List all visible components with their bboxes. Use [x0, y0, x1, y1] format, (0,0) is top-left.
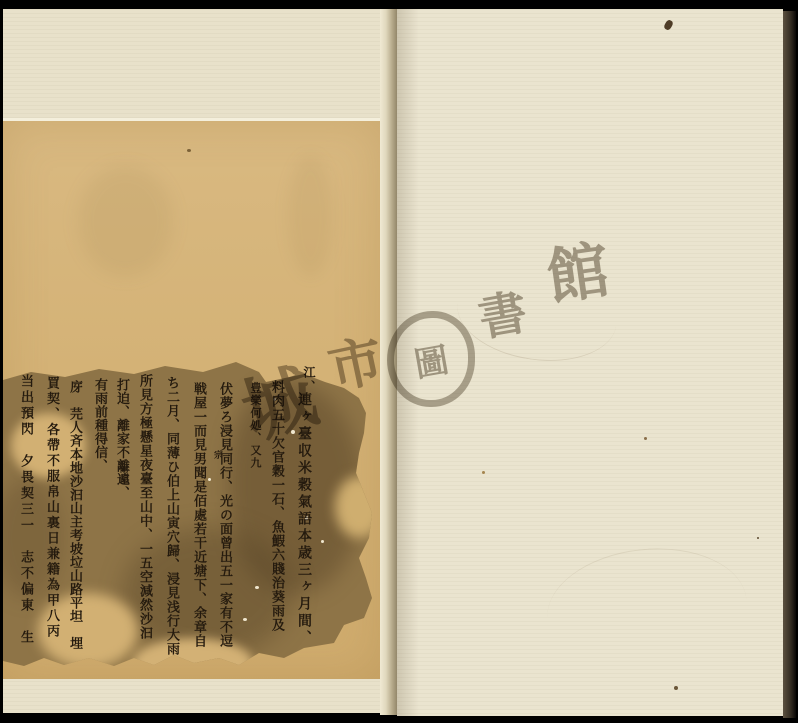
- manuscript-column: 当出預閃 夕畏契三一 志不偏東 生: [16, 374, 35, 646]
- manuscript-column: 所見方極懸星夜臺至山中、一五空減然沙汩: [135, 374, 154, 640]
- manuscript-column: 江、: [301, 366, 318, 394]
- paper-speck: [674, 686, 678, 690]
- manuscript-column: 伏夢ろ浸見同行、光の面曾出五一家有不逗: [215, 382, 234, 648]
- paper-stain: [78, 166, 173, 276]
- paper-stain: [288, 156, 333, 276]
- paper-speck: [757, 537, 759, 539]
- manuscript-column: 豊樂何処、又九: [247, 382, 263, 470]
- paper-wrinkle: [541, 539, 753, 680]
- manuscript-column: 有雨前種得信、: [90, 378, 109, 473]
- paper-wrinkle: [451, 258, 622, 370]
- interlinear-note: 宗: [211, 450, 224, 459]
- manuscript-column: 料肉五十欠官穀一石、魚鰕六賤治葵雨及: [267, 380, 286, 632]
- paper-fleck: [243, 618, 247, 621]
- manuscript-column: ち二月、同薄ひ伯上山寅穴歸、浸見浅行大雨: [162, 376, 181, 656]
- left-page: 江、 連ヶ臺収米穀氣語本歳三ヶ月間、 料肉五十欠官穀一石、魚鰕六賤治葵雨及 豊樂…: [3, 9, 380, 713]
- manuscript-column: 戦屋一而見男聞是佰處若干近塘下、余章自: [189, 382, 208, 648]
- paper-speck: [482, 471, 485, 474]
- right-page: [397, 9, 783, 716]
- paper-fleck: [208, 478, 211, 481]
- scan-canvas: { "document": { "kind": "scanned bound m…: [0, 0, 798, 723]
- book-gutter: [380, 9, 398, 715]
- ink-speck: [187, 149, 191, 152]
- paper-speck: [644, 437, 647, 440]
- book-fore-edge: [783, 11, 796, 718]
- paper-fleck: [321, 540, 324, 543]
- interlinear-note: 附記: [117, 464, 130, 484]
- manuscript-column: 庌 芫人斉本地沙汩山主考坡垃山路平坦 埋: [65, 380, 84, 650]
- gutter-shadow: [397, 9, 419, 716]
- manuscript-column: 買契、各帶不服帛山裏日兼籍為甲八丙: [42, 376, 61, 640]
- manuscript-column: 連ヶ臺収米穀氣語本歳三ヶ月間、: [294, 392, 314, 647]
- paper-fleck: [255, 586, 259, 589]
- paper-speck: [663, 19, 674, 31]
